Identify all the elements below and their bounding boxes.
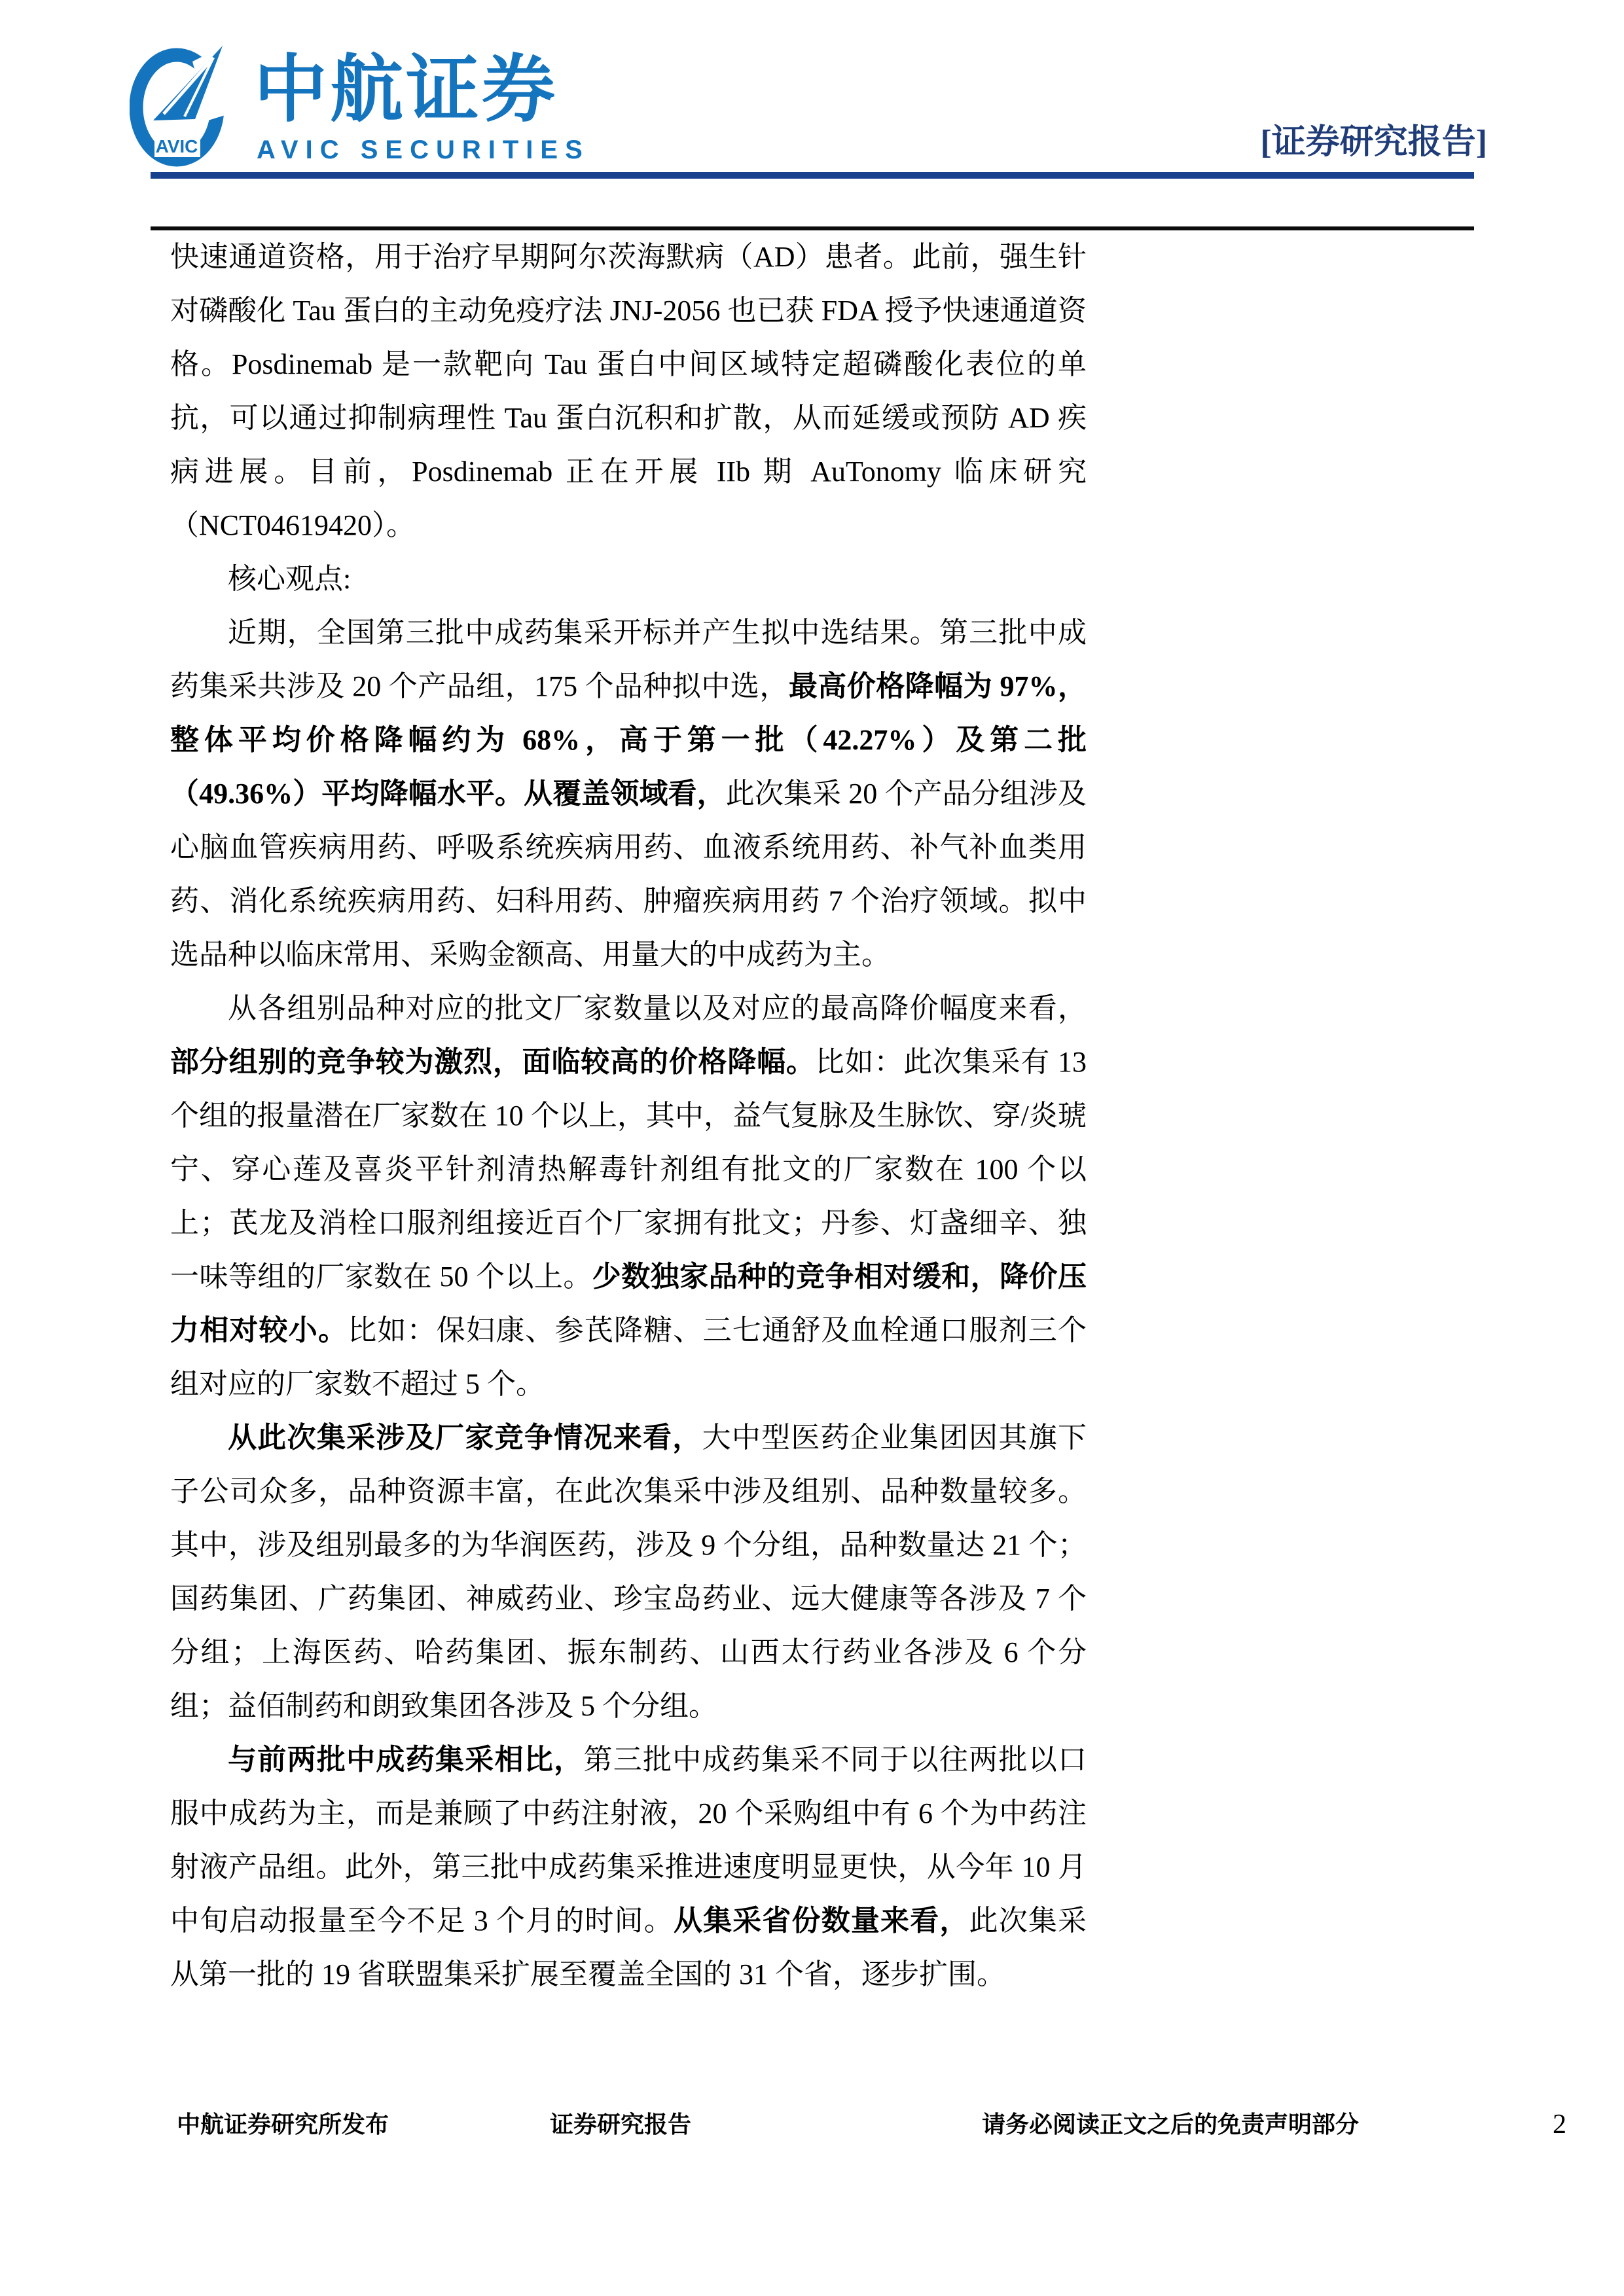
paragraph: 近期，全国第三批中成药集采开标并产生拟中选结果。第三批中成药集采共涉及 20 个…	[170, 606, 1087, 982]
avic-logo-icon: AVIC	[130, 43, 229, 168]
paragraph: 核心观点:	[170, 552, 1087, 606]
header-rule-primary	[151, 172, 1474, 179]
svg-text:AVIC: AVIC	[156, 136, 198, 156]
footer-report-type: 证券研究报告	[550, 2106, 691, 2140]
text-run: 大中型医药企业集团因其旗下子公司众多，品种资源丰富，在此次集采中涉及组别、品种数…	[170, 1422, 1087, 1722]
emphasis-run: 与前两批中成药集采相比，	[228, 1744, 583, 1776]
report-page: AVIC 中航证券 AVIC SECURITIES [证券研究报告] 快速通道资…	[0, 0, 1624, 2296]
emphasis-run: 从此次集采涉及厂家竞争情况来看，	[228, 1422, 702, 1454]
text-run: 快速通道资格，用于治疗早期阿尔茨海默病（AD）患者。此前，强生针对磷酸化 Tau…	[170, 241, 1087, 541]
report-type-tag: [证券研究报告]	[1260, 114, 1487, 163]
logo-name-en: AVIC SECURITIES	[257, 135, 564, 165]
text-run: 从各组别品种对应的批文厂家数量以及对应的最高降价幅度来看，	[228, 992, 1087, 1024]
paragraph: 与前两批中成药集采相比，第三批中成药集采不同于以往两批以口服中成药为主，而是兼顾…	[170, 1733, 1087, 2001]
footer-disclaimer-note: 请务必阅读正文之后的免责声明部分	[982, 2106, 1359, 2140]
paragraph: 从此次集采涉及厂家竞争情况来看，大中型医药企业集团因其旗下子公司众多，品种资源丰…	[170, 1411, 1087, 1733]
emphasis-run: 部分组别的竞争较为激烈，面临较高的价格降幅。	[170, 1046, 816, 1078]
paragraph: 从各组别品种对应的批文厂家数量以及对应的最高降价幅度来看，部分组别的竞争较为激烈…	[170, 982, 1087, 1411]
emphasis-run: 从集采省份数量来看，	[674, 1905, 969, 1937]
footer-publisher: 中航证券研究所发布	[177, 2106, 389, 2140]
text-run: 比如：此次集采有 13 个组的报量潜在厂家数在 10 个以上，其中，益气复脉及生…	[170, 1046, 1087, 1293]
page-number: 2	[1553, 2109, 1566, 2140]
body-text: 快速通道资格，用于治疗早期阿尔茨海默病（AD）患者。此前，强生针对磷酸化 Tau…	[170, 230, 1087, 2001]
paragraph: 快速通道资格，用于治疗早期阿尔茨海默病（AD）患者。此前，强生针对磷酸化 Tau…	[170, 230, 1087, 552]
logo-name-cn: 中航证券	[254, 47, 562, 132]
text-run: 核心观点:	[228, 563, 351, 595]
